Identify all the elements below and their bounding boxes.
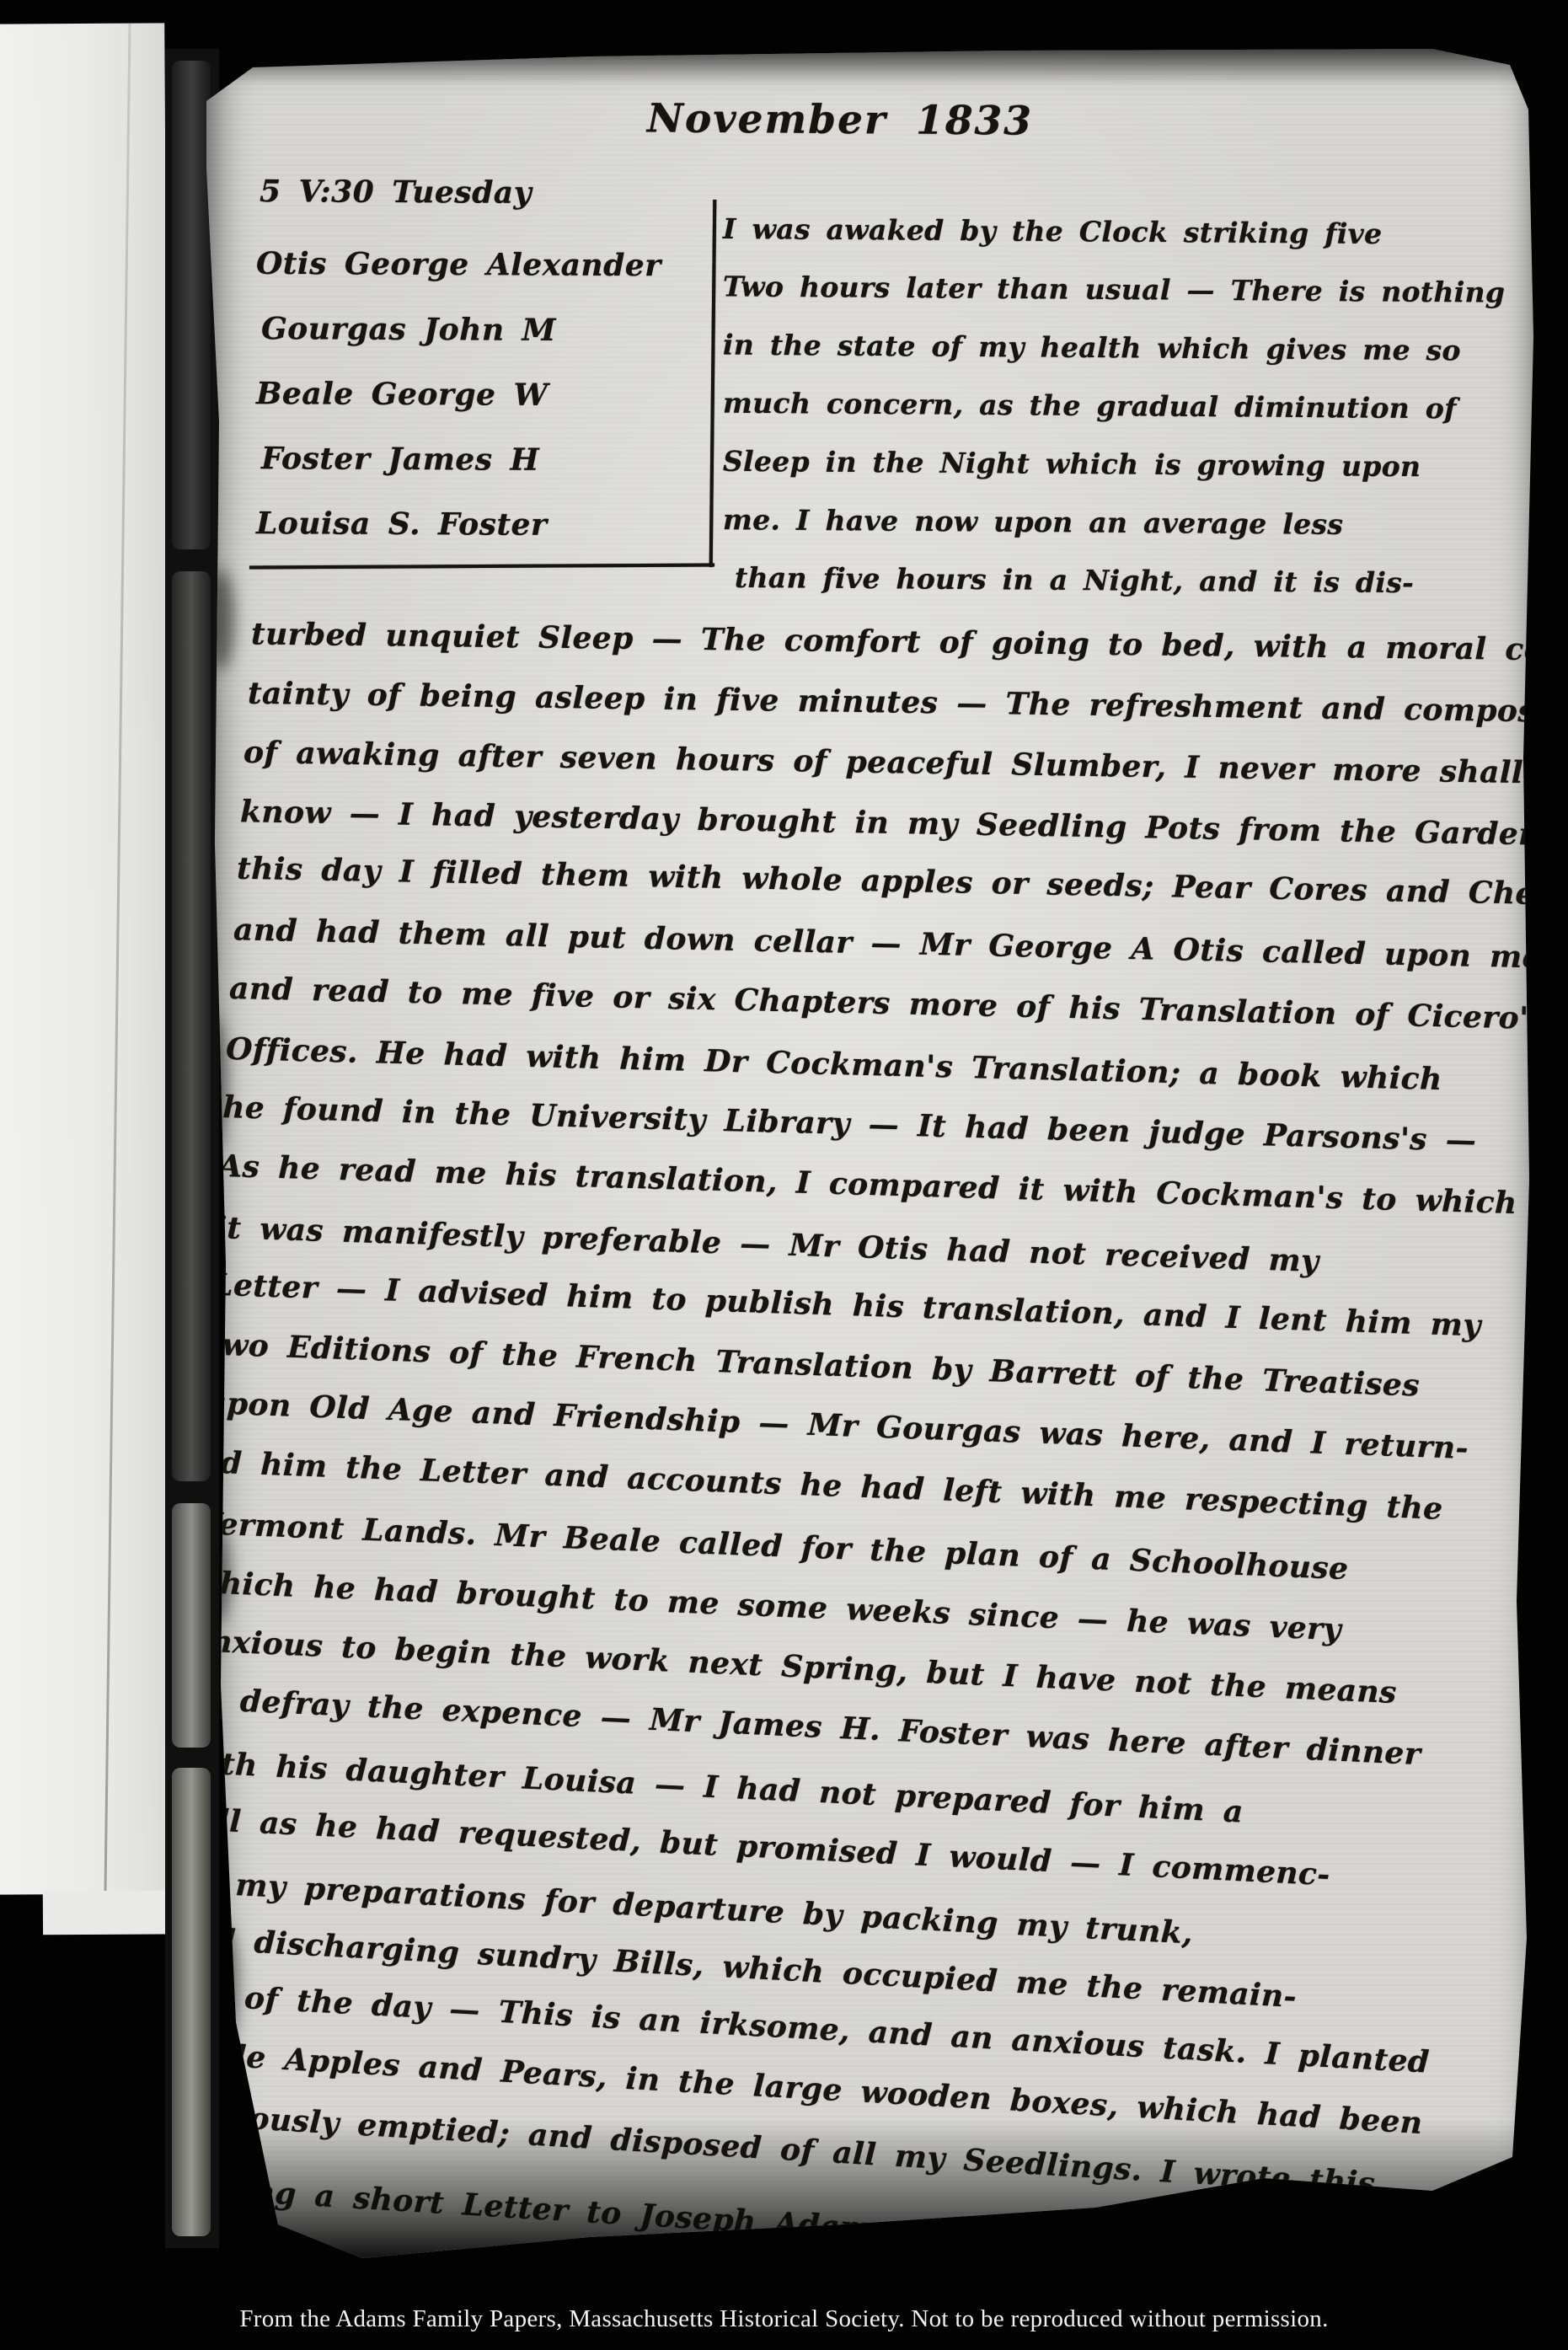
entry-line: this day I filled them with whole apples… xyxy=(237,851,1568,916)
facing-page-fold-line xyxy=(104,24,131,1894)
entry-line: and had them all put down cellar — Mr Ge… xyxy=(233,912,1553,975)
entry-line: and read to me five or six Chapters more… xyxy=(229,971,1547,1036)
margin-divider-vertical xyxy=(709,200,717,567)
entry-column-line: me. I have now upon an average less xyxy=(723,503,1344,541)
margin-name: Beale George W xyxy=(256,376,549,413)
entry-line: it was manifestly preferable — Mr Otis h… xyxy=(215,1210,1319,1279)
margin-time: 5 V:30 Tuesday xyxy=(260,174,532,211)
binding-gutter xyxy=(165,49,219,2248)
entry-line: know — I had yesterday brought in my See… xyxy=(240,794,1552,853)
facing-page-corner xyxy=(43,1890,176,1935)
margin-name: Foster James H xyxy=(261,441,539,478)
margin-divider-horizontal xyxy=(249,564,714,570)
entry-line: he found in the University Library — It … xyxy=(222,1089,1476,1159)
binding-segment xyxy=(172,61,211,549)
entry-column-line: in the state of my health which gives me… xyxy=(723,329,1461,367)
page-title: November 1833 xyxy=(647,95,1033,144)
footer-credit: From the Adams Family Papers, Massachuse… xyxy=(0,2305,1568,2333)
entry-column-line: Sleep in the Night which is growing upon xyxy=(723,445,1421,484)
entry-line: Offices. He had with him Dr Cockman's Tr… xyxy=(226,1030,1442,1096)
binding-segment xyxy=(172,1503,211,1748)
margin-name: Gourgas John M xyxy=(261,311,556,348)
bottom-shadow xyxy=(202,2119,1540,2279)
diary-scan: November 1833 5 V:30 Tuesday Otis George… xyxy=(0,0,1568,2350)
entry-line: turbed unquiet Sleep — The comfort of go… xyxy=(251,616,1568,667)
diary-page: November 1833 5 V:30 Tuesday Otis George… xyxy=(202,46,1540,2279)
entry-line: tainty of being asleep in five minutes —… xyxy=(247,675,1568,729)
facing-page-edge xyxy=(0,23,176,1894)
binding-segment xyxy=(172,571,211,1481)
top-shadow xyxy=(202,46,1540,85)
entry-line: of awaking after seven hours of peaceful… xyxy=(243,735,1523,790)
binding-segment xyxy=(172,1768,211,2236)
entry-column-line: than five hours in a Night, and it is di… xyxy=(735,561,1414,599)
margin-name: Louisa S. Foster xyxy=(256,506,548,543)
margin-name: Otis George Alexander xyxy=(256,246,661,284)
entry-line: As he read me his translation, I compare… xyxy=(218,1148,1517,1220)
entry-column-line: much concern, as the gradual diminution … xyxy=(723,387,1457,426)
entry-column-line: Two hours later than usual — There is no… xyxy=(723,270,1506,308)
entry-column-line: I was awaked by the Clock striking five xyxy=(723,212,1383,250)
